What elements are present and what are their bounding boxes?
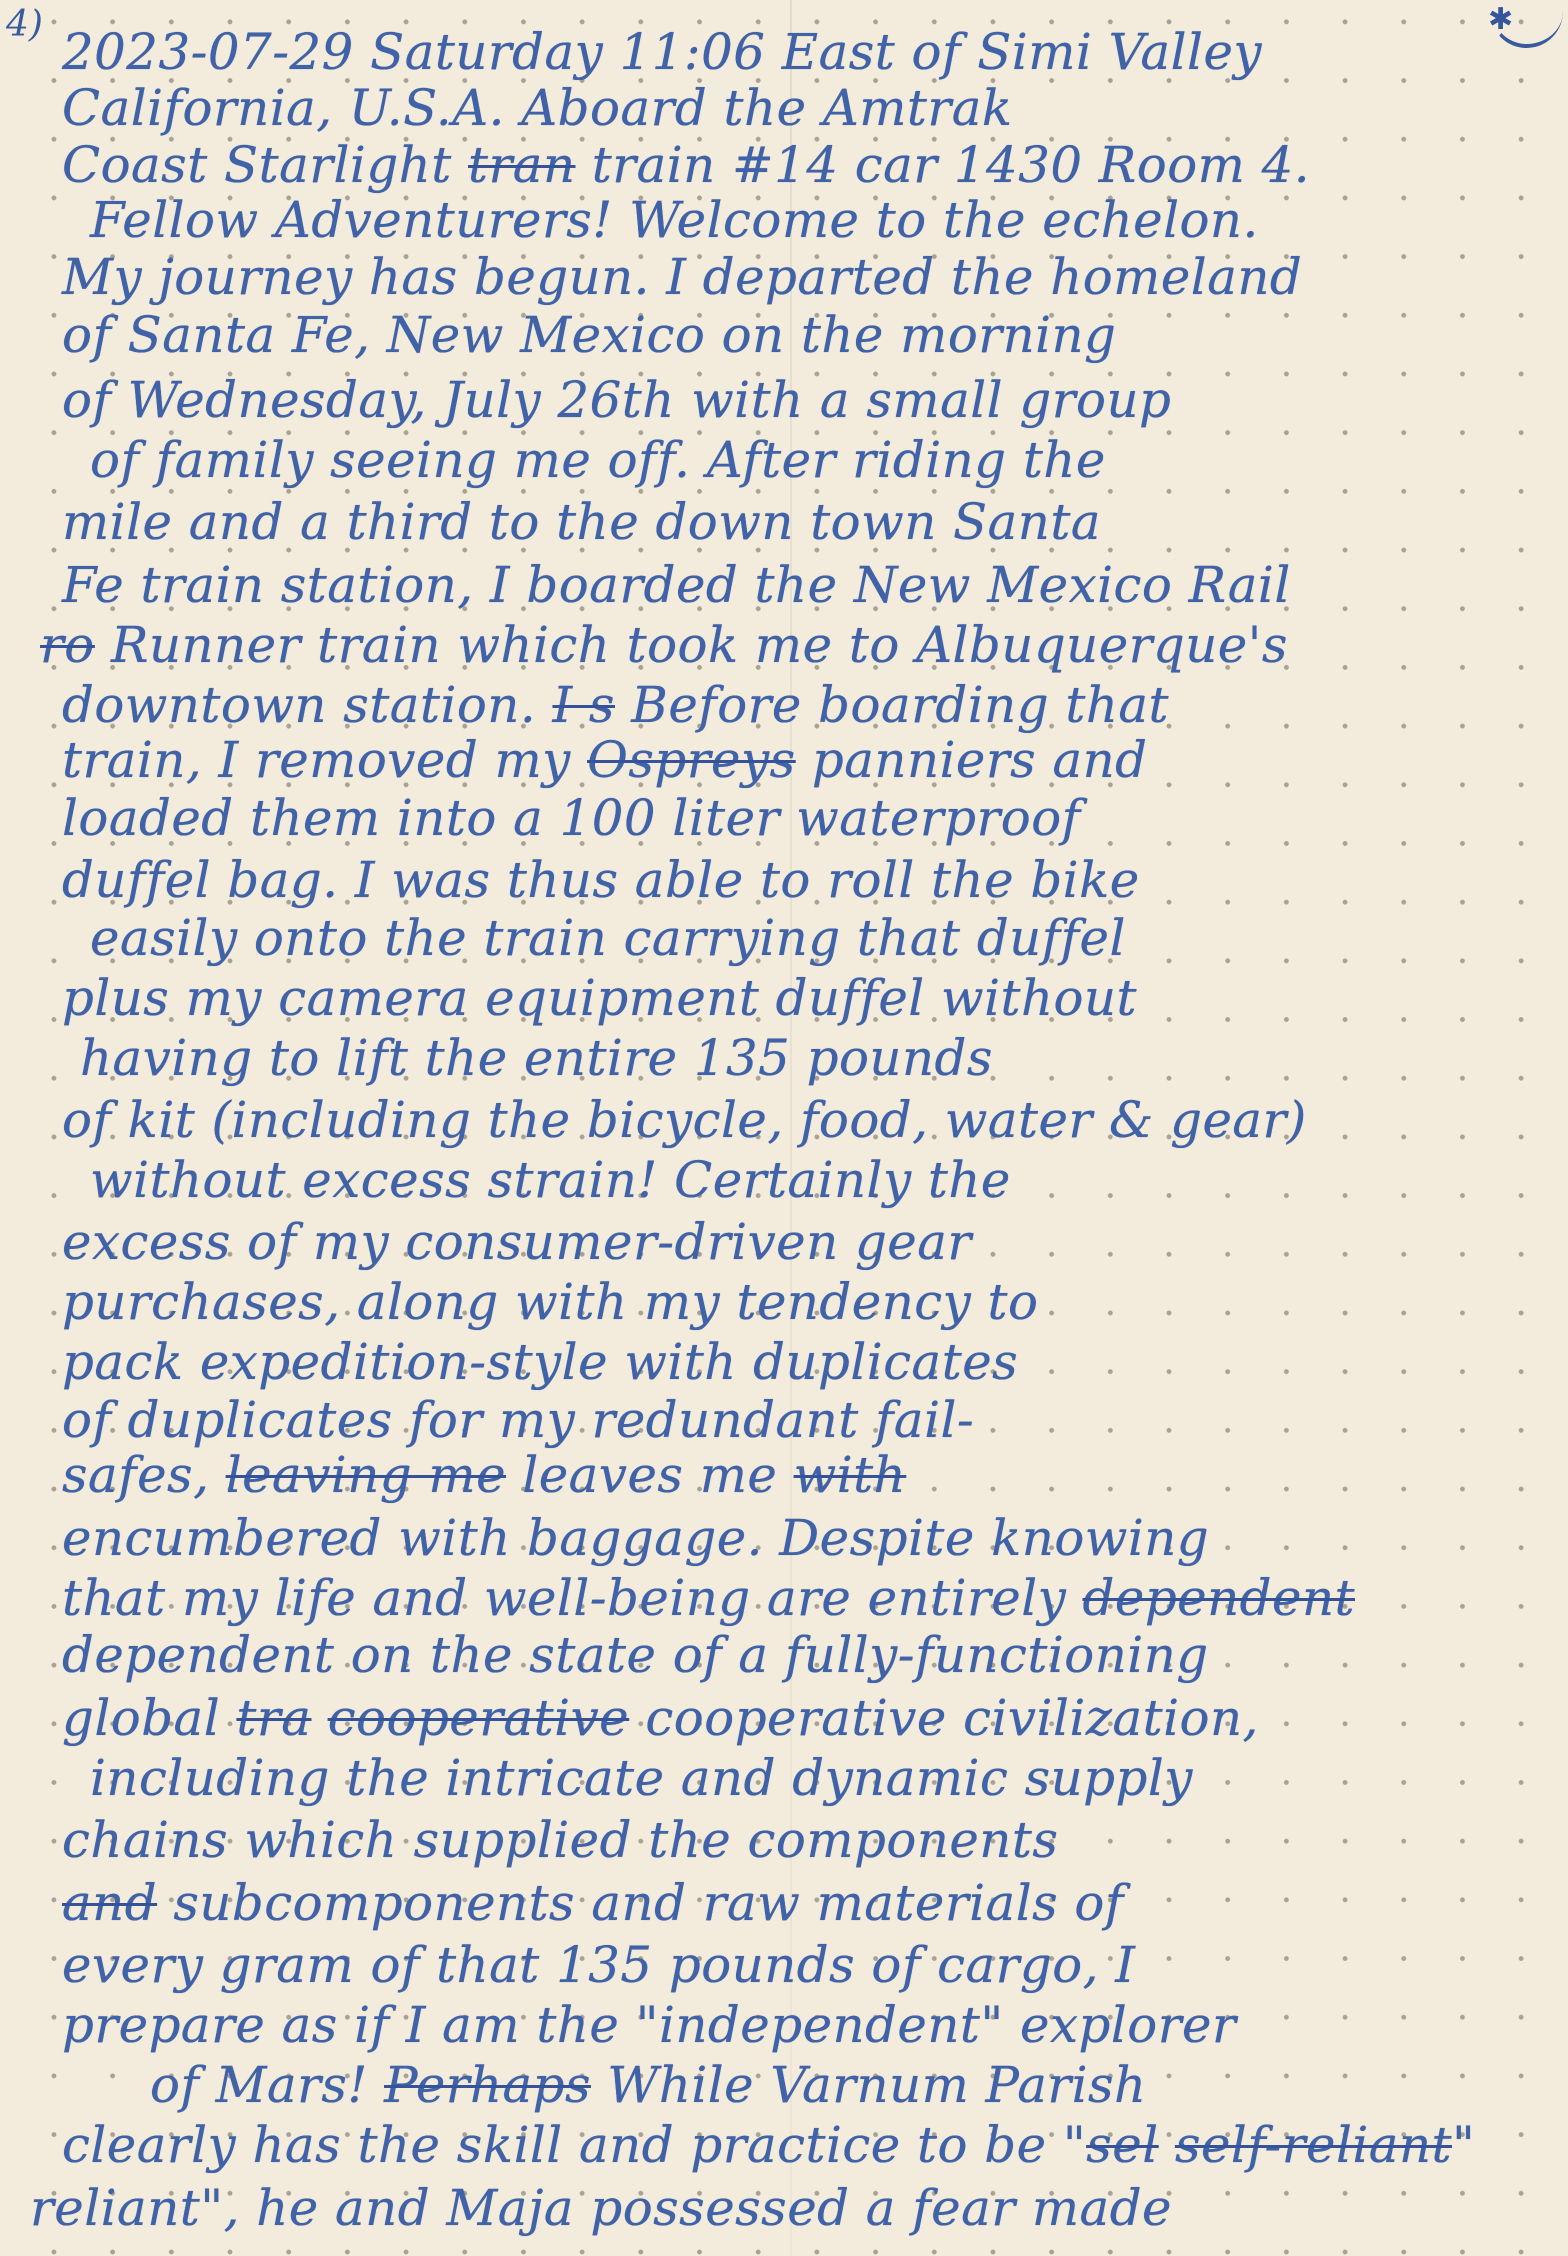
handwritten-line: My journey has begun. I departed the hom… bbox=[62, 247, 1560, 307]
handwritten-line: clearly has the skill and practice to be… bbox=[62, 2115, 1560, 2175]
handwritten-line: pack expedition-style with duplicates bbox=[62, 1332, 1560, 1392]
handwritten-line: including the intricate and dynamic supp… bbox=[90, 1748, 1561, 1808]
line-text: of Mars! bbox=[150, 2056, 384, 2114]
struck-out-word: sel bbox=[1086, 2116, 1158, 2174]
struck-out-word: dependent bbox=[1083, 1569, 1355, 1627]
handwritten-line: global tra cooperative cooperative civil… bbox=[62, 1688, 1560, 1748]
handwritten-line: of kit (including the bicycle, food, wat… bbox=[62, 1090, 1560, 1150]
entry-number: 4) bbox=[6, 4, 43, 45]
handwritten-line: easily onto the train carrying that duff… bbox=[90, 908, 1561, 968]
line-text: of family seeing me off. After riding th… bbox=[90, 431, 1106, 489]
handwritten-line: of family seeing me off. After riding th… bbox=[90, 430, 1561, 490]
line-text: My journey has begun. I departed the hom… bbox=[62, 248, 1302, 306]
line-text: plus my camera equipment duffel without bbox=[62, 969, 1137, 1027]
line-text: purchases, along with my tendency to bbox=[62, 1273, 1038, 1331]
handwritten-line: reliant", he and Maja possessed a fear m… bbox=[30, 2178, 1560, 2238]
line-text: excess of my consumer-driven gear bbox=[62, 1213, 972, 1271]
handwritten-line: Fellow Adventurers! Welcome to the echel… bbox=[90, 190, 1561, 250]
handwritten-line: of duplicates for my redundant fail- bbox=[62, 1390, 1560, 1450]
line-text: that my life and well-being are entirely bbox=[62, 1569, 1083, 1627]
line-text: safes, bbox=[62, 1446, 226, 1504]
line-text: California, U.S.A. Aboard the Amtrak bbox=[62, 79, 1013, 137]
line-text: mile and a third to the down town Santa bbox=[62, 493, 1101, 551]
line-text: downtown station. bbox=[62, 676, 552, 734]
line-text: loaded them into a 100 liter waterproof bbox=[62, 789, 1081, 847]
handwritten-line: encumbered with baggage. Despite knowing bbox=[62, 1508, 1560, 1568]
handwritten-line: mile and a third to the down town Santa bbox=[62, 492, 1560, 552]
struck-out-word: with bbox=[794, 1446, 907, 1504]
struck-out-word: cooperative bbox=[328, 1689, 629, 1747]
line-text: train, I removed my bbox=[62, 731, 587, 789]
handwritten-line: of Wednesday, July 26th with a small gro… bbox=[62, 370, 1560, 430]
line-text: cooperative civilization, bbox=[629, 1689, 1259, 1747]
handwritten-line: without excess strain! Certainly the bbox=[90, 1150, 1561, 1210]
line-text: duffel bag. I was thus able to roll the … bbox=[62, 851, 1140, 909]
line-text: global bbox=[62, 1689, 236, 1747]
struck-out-word: and bbox=[62, 1874, 157, 1932]
line-text: panniers and bbox=[796, 731, 1148, 789]
line-text: having to lift the entire 135 pounds bbox=[80, 1029, 993, 1087]
line-text: While Varnum Parish bbox=[591, 2056, 1147, 2114]
handwritten-line: excess of my consumer-driven gear bbox=[62, 1212, 1560, 1272]
handwritten-line: safes, leaving me leaves me with bbox=[62, 1445, 1560, 1505]
handwritten-line: Fe train station, I boarded the New Mexi… bbox=[62, 555, 1560, 615]
line-text: of Santa Fe, New Mexico on the morning bbox=[62, 306, 1116, 364]
line-text bbox=[1159, 2116, 1175, 2174]
struck-out-word: leaving me bbox=[226, 1446, 506, 1504]
handwritten-line: of Mars! Perhaps While Varnum Parish bbox=[150, 2055, 1559, 2115]
line-text: Runner train which took me to Albuquerqu… bbox=[95, 616, 1288, 674]
line-text: " bbox=[1452, 2116, 1475, 2174]
handwritten-line: loaded them into a 100 liter waterproof bbox=[62, 788, 1560, 848]
struck-out-word: tra bbox=[236, 1689, 311, 1747]
handwritten-line: California, U.S.A. Aboard the Amtrak bbox=[62, 78, 1560, 138]
handwritten-line: chains which supplied the components bbox=[62, 1810, 1560, 1870]
handwritten-line: 2023-07-29 Saturday 11:06 East of Simi V… bbox=[62, 22, 1560, 82]
struck-out-word: Perhaps bbox=[384, 2056, 591, 2114]
handwritten-line: plus my camera equipment duffel without bbox=[62, 968, 1560, 1028]
struck-out-word: Ospreys bbox=[587, 731, 796, 789]
line-text: of kit (including the bicycle, food, wat… bbox=[62, 1091, 1307, 1149]
line-text: 2023-07-29 Saturday 11:06 East of Simi V… bbox=[62, 23, 1262, 81]
handwritten-line: ro Runner train which took me to Albuque… bbox=[40, 615, 1560, 675]
line-text: without excess strain! Certainly the bbox=[90, 1151, 1011, 1209]
struck-out-word: ro bbox=[40, 616, 95, 674]
line-text: clearly has the skill and practice to be… bbox=[62, 2116, 1086, 2174]
handwritten-line: and subcomponents and raw materials of bbox=[62, 1873, 1560, 1933]
handwritten-line: every gram of that 135 pounds of cargo, … bbox=[62, 1935, 1560, 1995]
handwritten-line: that my life and well-being are entirely… bbox=[62, 1568, 1560, 1628]
line-text: leaves me bbox=[506, 1446, 794, 1504]
line-text: Fe train station, I boarded the New Mexi… bbox=[62, 556, 1291, 614]
struck-out-word: tran bbox=[468, 136, 575, 194]
line-text: easily onto the train carrying that duff… bbox=[90, 909, 1126, 967]
handwritten-line: of Santa Fe, New Mexico on the morning bbox=[62, 305, 1560, 365]
handwritten-line: purchases, along with my tendency to bbox=[62, 1272, 1560, 1332]
line-text: Coast Starlight bbox=[62, 136, 468, 194]
line-text: prepare as if I am the "independent" exp… bbox=[62, 1996, 1236, 2054]
line-text: of duplicates for my redundant fail- bbox=[62, 1391, 974, 1449]
line-text: Before boarding that bbox=[615, 676, 1169, 734]
struck-out-word: self-reliant bbox=[1175, 2116, 1452, 2174]
line-text: every gram of that 135 pounds of cargo, … bbox=[62, 1936, 1135, 1994]
line-text: encumbered with baggage. Despite knowing bbox=[62, 1509, 1209, 1567]
line-text: reliant", he and Maja possessed a fear m… bbox=[30, 2179, 1172, 2237]
line-text: subcomponents and raw materials of bbox=[157, 1874, 1124, 1932]
handwritten-line: dependent on the state of a fully-functi… bbox=[62, 1625, 1560, 1685]
struck-out-word: I s bbox=[552, 676, 614, 734]
handwritten-line: downtown station. I s Before boarding th… bbox=[62, 675, 1560, 735]
line-text: Fellow Adventurers! Welcome to the echel… bbox=[90, 191, 1259, 249]
line-text: train #14 car 1430 Room 4. bbox=[575, 136, 1310, 194]
handwritten-line: train, I removed my Ospreys panniers and bbox=[62, 730, 1560, 790]
line-text: of Wednesday, July 26th with a small gro… bbox=[62, 371, 1171, 429]
line-text: including the intricate and dynamic supp… bbox=[90, 1749, 1193, 1807]
line-text: pack expedition-style with duplicates bbox=[62, 1333, 1018, 1391]
handwritten-line: prepare as if I am the "independent" exp… bbox=[62, 1995, 1560, 2055]
line-text: chains which supplied the components bbox=[62, 1811, 1058, 1869]
line-text: dependent on the state of a fully-functi… bbox=[62, 1626, 1209, 1684]
handwritten-line: having to lift the entire 135 pounds bbox=[80, 1028, 1561, 1088]
line-text bbox=[311, 1689, 327, 1747]
handwritten-line: duffel bag. I was thus able to roll the … bbox=[62, 850, 1560, 910]
handwritten-line: Coast Starlight tran train #14 car 1430 … bbox=[62, 135, 1560, 195]
